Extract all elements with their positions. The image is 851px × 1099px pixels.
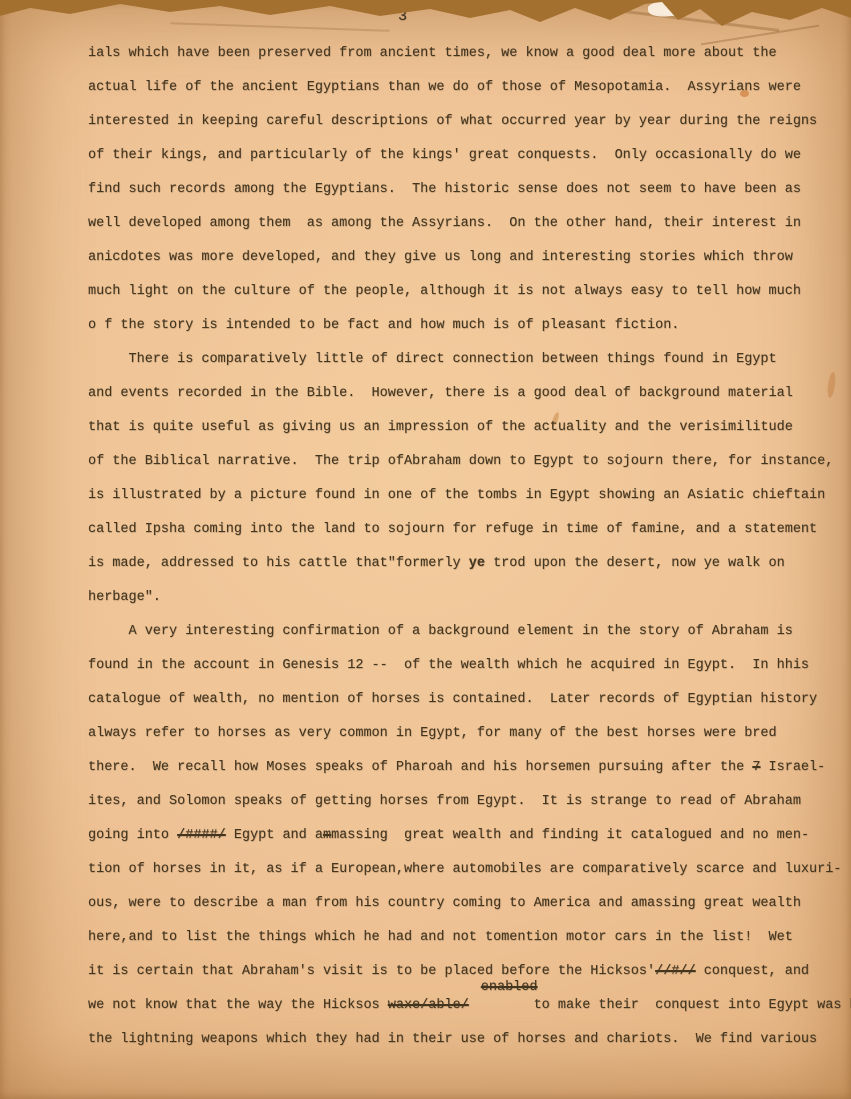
typed-text: massing great wealth and finding it cata… (331, 828, 809, 843)
typed-line: tion of horses in it, as if a European,w… (88, 862, 848, 896)
typed-text: o f the story is intended to be fact and… (88, 318, 679, 333)
paper-sheet: 3 ials which have been preserved from an… (0, 0, 851, 1099)
typed-text: find such records among the Egyptians. T… (88, 182, 801, 197)
typed-text: there. We recall how Moses speaks of Pha… (88, 760, 752, 775)
paper-crease (170, 22, 390, 32)
struck-out-text: m (323, 828, 331, 843)
typed-line: A very interesting confirmation of a bac… (88, 624, 848, 658)
typed-text: is illustrated by a picture found in one… (88, 488, 825, 503)
typed-text: There is comparatively little of direct … (88, 352, 777, 367)
typed-text: it is certain that Abraham's visit is to… (88, 964, 655, 979)
typed-text: A very interesting confirmation of a bac… (88, 624, 793, 639)
typed-text: here,and to list the things which he had… (88, 930, 793, 945)
typed-text: found in the account in Genesis 12 -- of… (88, 658, 809, 673)
typed-line: we not know that the way the Hicksos wax… (88, 998, 848, 1032)
typed-line: it is certain that Abraham's visit is to… (88, 964, 848, 998)
typed-line: of their kings, and particularly of the … (88, 148, 848, 182)
typed-text: the lightning weapons which they had in … (88, 1032, 817, 1047)
typed-line: actual life of the ancient Egyptians tha… (88, 80, 848, 114)
inserted-correction: enabled (481, 980, 538, 995)
typed-line: that is quite useful as giving us an imp… (88, 420, 848, 454)
paper-tear-highlight (647, 0, 694, 18)
struck-out-text: //#// (655, 964, 696, 979)
scanned-document: 3 ials which have been preserved from an… (0, 0, 851, 1099)
typed-text: of the Biblical narrative. The trip ofAb… (88, 454, 833, 469)
typed-text: Egypt and a (226, 828, 323, 843)
typed-text: trod upon the desert, now ye walk on (485, 556, 785, 571)
typed-text: ites, and Solomon speaks of getting hors… (88, 794, 801, 809)
paper-crease (600, 7, 779, 32)
typed-line: much light on the culture of the people,… (88, 284, 848, 318)
struck-out-text: /####/ (177, 828, 226, 843)
typed-text: Israel- (760, 760, 825, 775)
typed-text: ye (469, 556, 485, 571)
struck-out-text: waxe/able/enabled (388, 998, 526, 1013)
typed-text: to make their conquest into Egypt was by (525, 998, 851, 1013)
typed-text: much light on the culture of the people,… (88, 284, 801, 299)
typed-line: the lightning weapons which they had in … (88, 1032, 848, 1066)
typed-text: always refer to horses as very common in… (88, 726, 777, 741)
typed-line: called Ipsha coming into the land to soj… (88, 522, 848, 556)
typed-line: going into /####/ Egypt and ammassing gr… (88, 828, 848, 862)
typed-text: anicdotes was more developed, and they g… (88, 250, 793, 265)
typed-line: is illustrated by a picture found in one… (88, 488, 848, 522)
typed-text: conquest, and (696, 964, 809, 979)
typed-text: that is quite useful as giving us an imp… (88, 420, 793, 435)
typed-line: anicdotes was more developed, and they g… (88, 250, 848, 284)
typed-line: ites, and Solomon speaks of getting hors… (88, 794, 848, 828)
typed-line: o f the story is intended to be fact and… (88, 318, 848, 352)
typed-line: is made, addressed to his cattle that"fo… (88, 556, 848, 590)
typed-text: called Ipsha coming into the land to soj… (88, 522, 817, 537)
typed-text: tion of horses in it, as if a European,w… (88, 862, 841, 877)
typed-text: ials which have been preserved from anci… (88, 46, 777, 61)
typed-line: there. We recall how Moses speaks of Pha… (88, 760, 848, 794)
typed-line: herbage". (88, 590, 848, 624)
typed-line: ous, were to describe a man from his cou… (88, 896, 848, 930)
page-number: 3 (398, 8, 407, 25)
typed-text: is made, addressed to his cattle that"fo… (88, 556, 469, 571)
typed-line: catalogue of wealth, no mention of horse… (88, 692, 848, 726)
typed-text: going into (88, 828, 177, 843)
typed-text: catalogue of wealth, no mention of horse… (88, 692, 817, 707)
typed-line: well developed among them as among the A… (88, 216, 848, 250)
typed-line: here,and to list the things which he had… (88, 930, 848, 964)
typed-line: and events recorded in the Bible. Howeve… (88, 386, 848, 420)
typed-text: actual life of the ancient Egyptians tha… (88, 80, 801, 95)
typed-text: well developed among them as among the A… (88, 216, 801, 231)
typed-text: and events recorded in the Bible. Howeve… (88, 386, 793, 401)
typed-line: found in the account in Genesis 12 -- of… (88, 658, 848, 692)
typed-lines: ials which have been preserved from anci… (88, 46, 848, 1066)
typed-text: interested in keeping careful descriptio… (88, 114, 817, 129)
typed-line: always refer to horses as very common in… (88, 726, 848, 760)
typed-line: find such records among the Egyptians. T… (88, 182, 848, 216)
typed-line: of the Biblical narrative. The trip ofAb… (88, 454, 848, 488)
typed-text: of their kings, and particularly of the … (88, 148, 801, 163)
typed-line: interested in keeping careful descriptio… (88, 114, 848, 148)
typed-line: There is comparatively little of direct … (88, 352, 848, 386)
typed-text: ous, were to describe a man from his cou… (88, 896, 801, 911)
typed-text: herbage". (88, 590, 161, 605)
typed-text: we not know that the way the Hicksos (88, 998, 388, 1013)
typed-line: ials which have been preserved from anci… (88, 46, 848, 80)
